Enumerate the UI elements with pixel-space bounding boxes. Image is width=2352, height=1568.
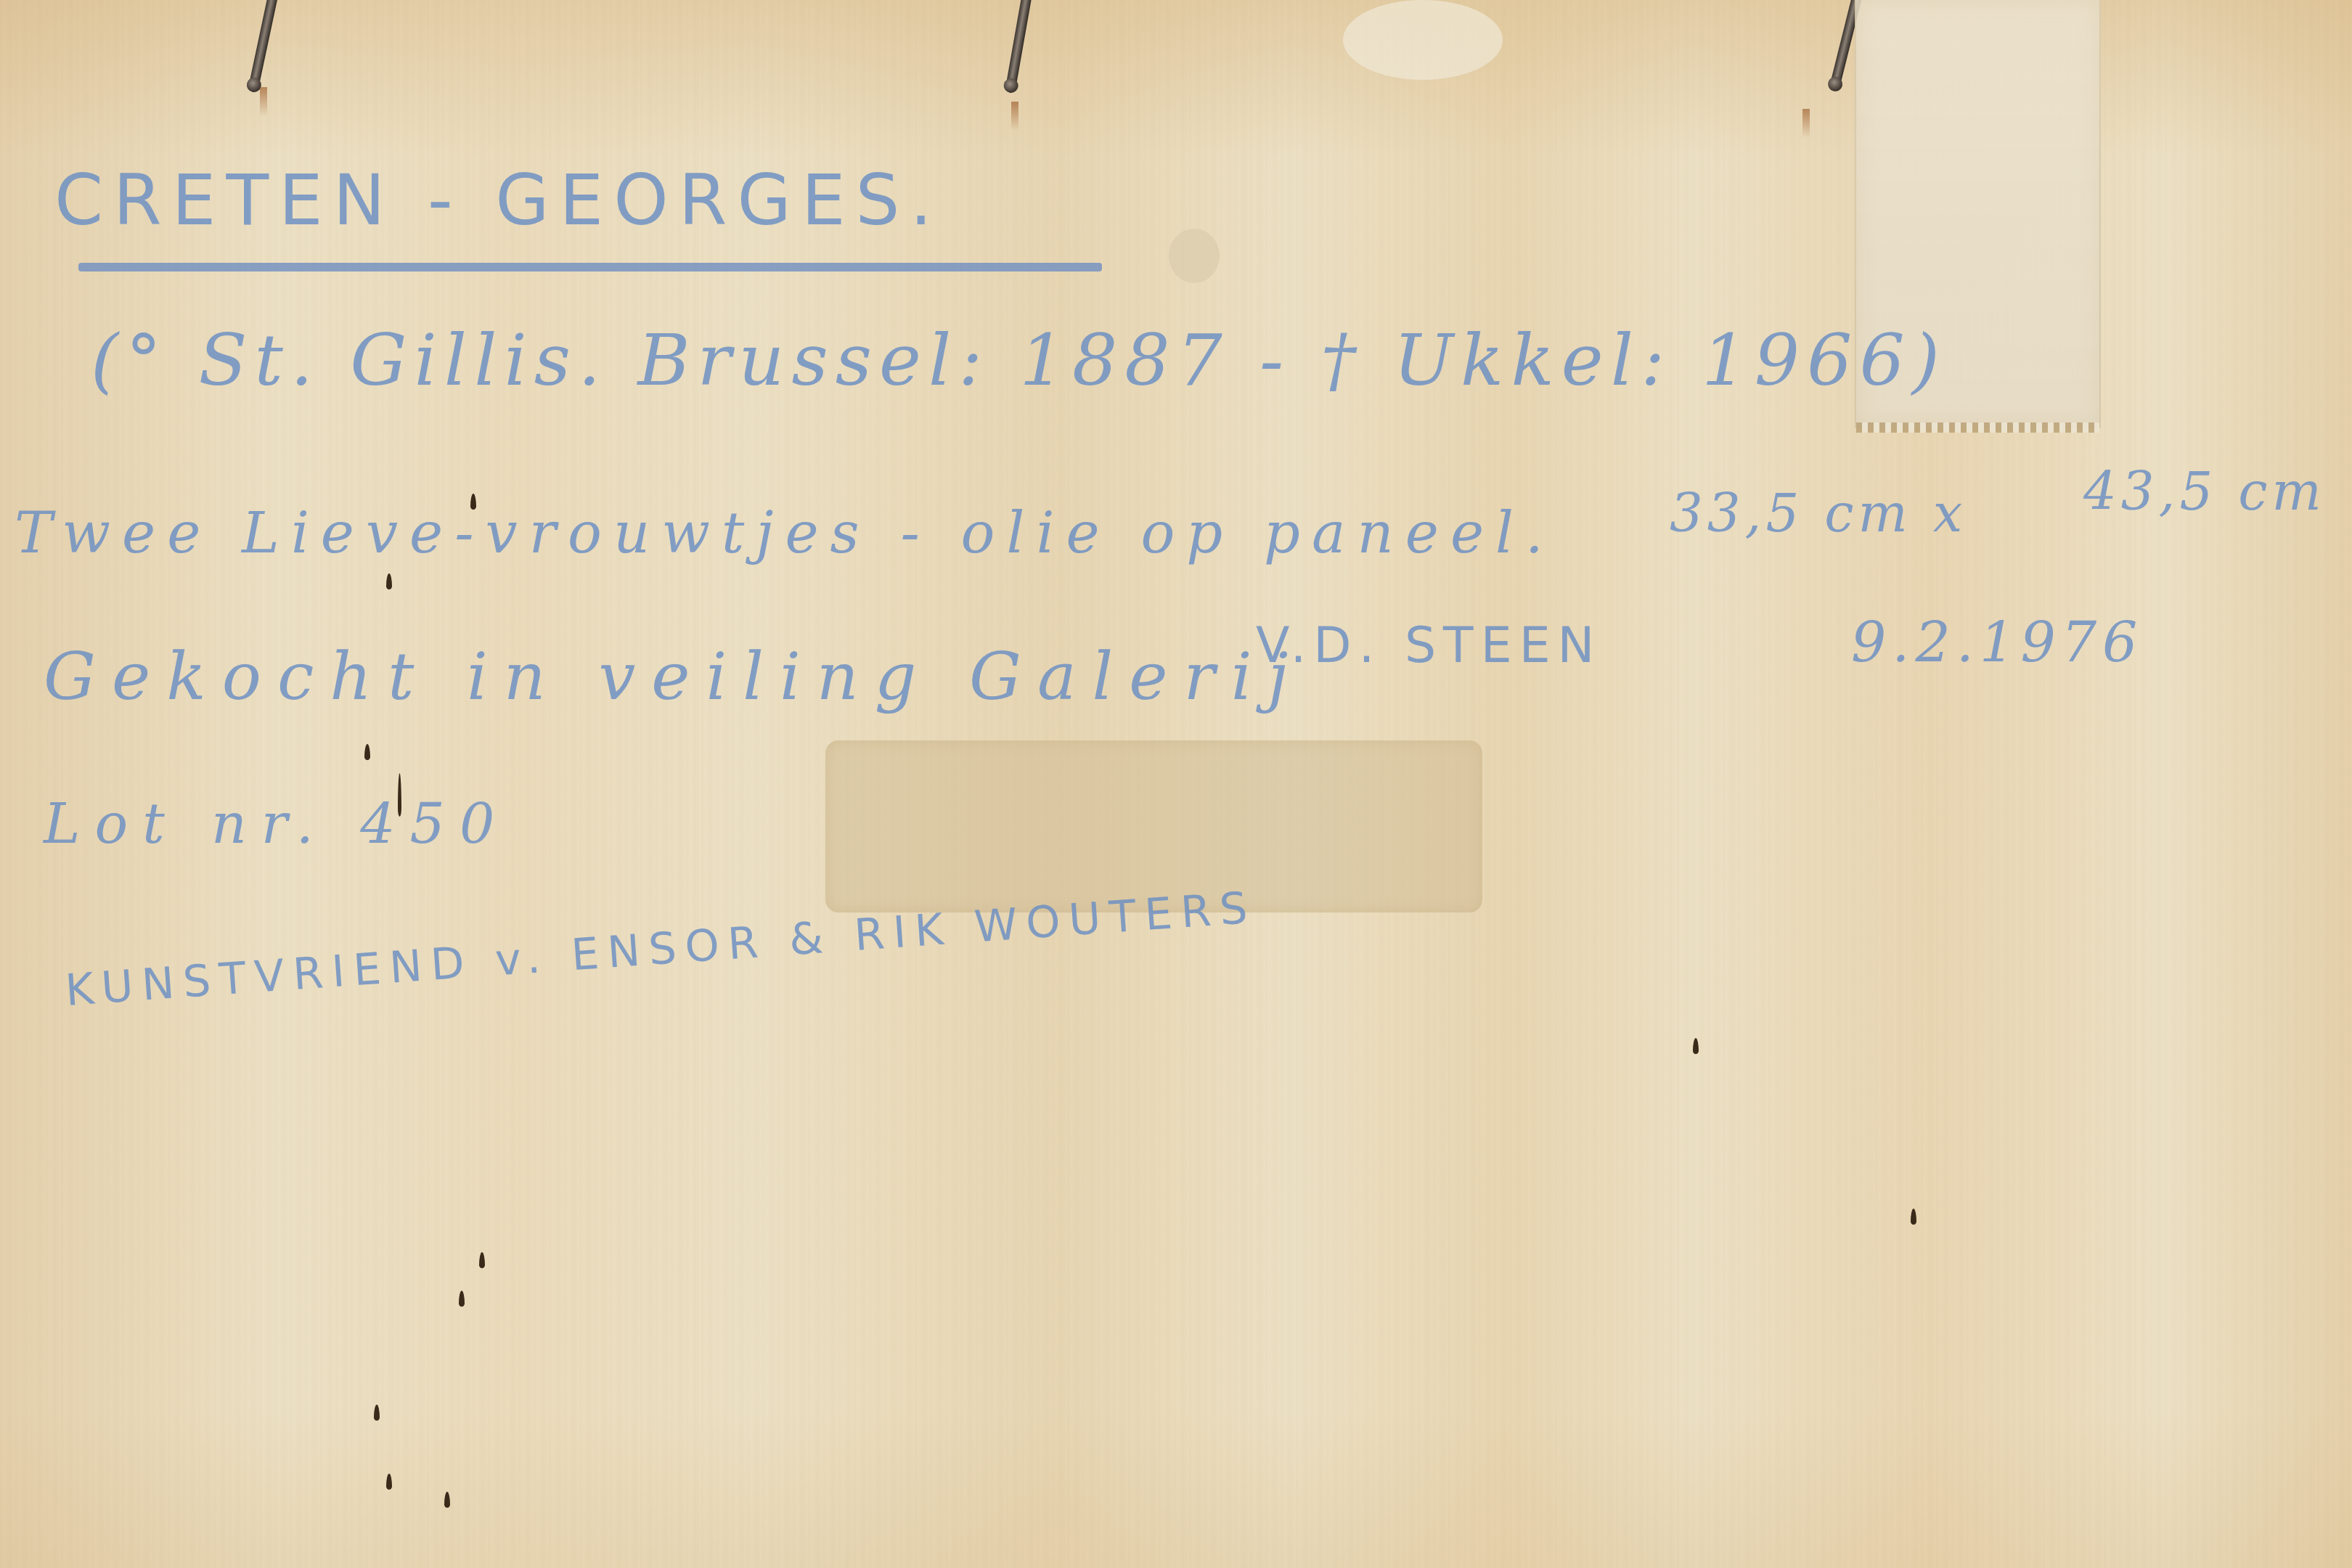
dimensions-width: 33,5 cm x [1670, 483, 1967, 544]
wood-speck [398, 773, 401, 817]
wood-speck [1911, 1209, 1916, 1225]
dimensions-height: 43,5 cm [2083, 461, 2326, 522]
label-residue [825, 740, 1482, 912]
wood-speck [444, 1492, 450, 1508]
wood-speck [374, 1405, 380, 1421]
title-medium: Twee Lieve-vrouwtjes - olie op paneel. [15, 501, 1555, 566]
life-dates: (° St. Gillis. Brussel: 1887 - † Ukkel: … [91, 319, 1947, 402]
wood-knot-mark [1343, 0, 1503, 80]
wood-speck [1693, 1038, 1699, 1054]
wood-speck [386, 1474, 392, 1490]
wood-speck [459, 1291, 465, 1307]
provenance-text: Gekocht in veiling Galerij [44, 639, 1304, 715]
nail-middle [1006, 0, 1034, 86]
rust-stain [1011, 102, 1018, 131]
artist-name: CRETEN - GEORGES. [54, 160, 942, 241]
rust-stain [1802, 109, 1810, 138]
wood-speck [470, 494, 476, 510]
water-stain [1169, 229, 1220, 283]
wood-speck [364, 744, 370, 760]
rust-stain [260, 87, 267, 116]
sale-date: 9.2.1976 [1851, 610, 2143, 674]
nail-left [249, 0, 280, 86]
lot-number: Lot nr. 450 [44, 791, 509, 856]
wood-speck [479, 1252, 485, 1268]
wood-speck [386, 573, 392, 589]
note-kunstvriend: KUNSTVRIEND v. ENSOR & RIK WOUTERS [64, 882, 1258, 1016]
artist-name-underline [78, 263, 1102, 271]
auction-house: V.D. STEEN [1256, 617, 1601, 674]
